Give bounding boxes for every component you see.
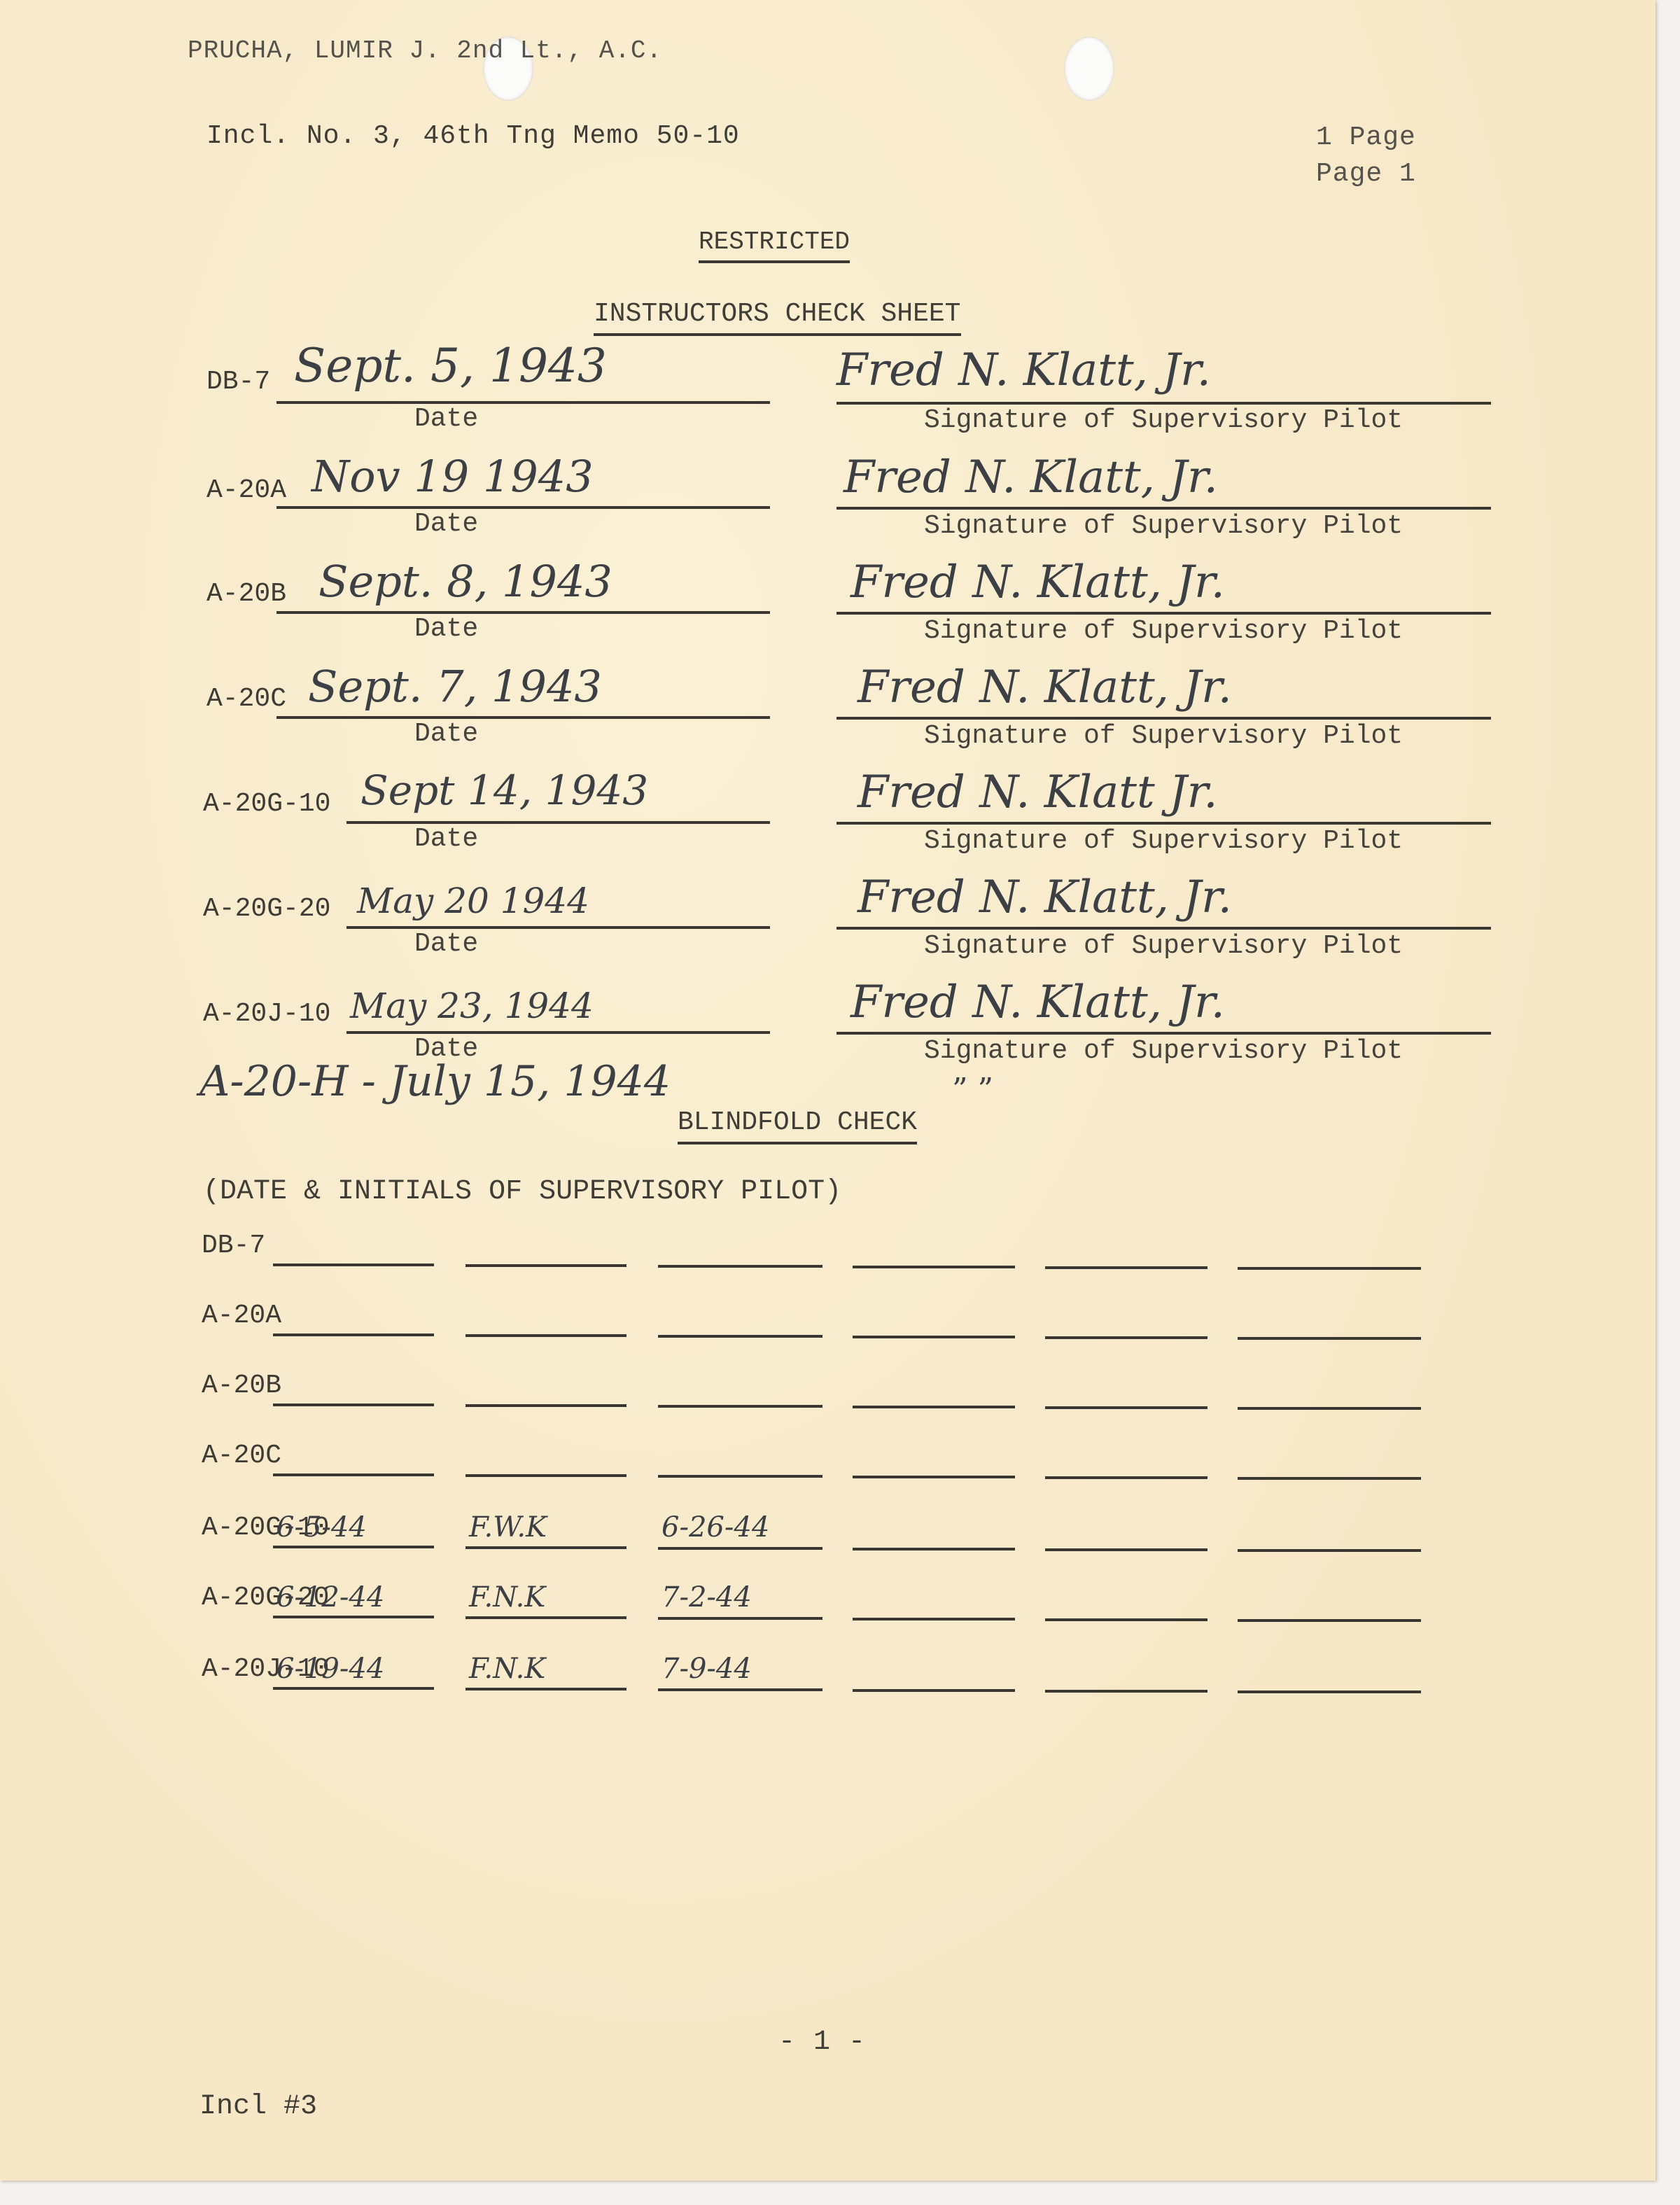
blindfold-title: BLINDFOLD CHECK (678, 1109, 917, 1144)
blank-entry-line (1238, 1477, 1421, 1480)
blank-entry-line (658, 1405, 822, 1408)
blindfold-entry: F.N.K (469, 1583, 545, 1611)
date-caption: Date (414, 511, 478, 538)
blank-entry-line (273, 1546, 434, 1548)
blank-entry-line (658, 1688, 822, 1691)
blank-entry-line (465, 1688, 626, 1690)
handwritten-date: Sept. 5, 1943 (294, 343, 607, 389)
date-caption: Date (414, 931, 478, 958)
date-line (276, 506, 770, 509)
date-caption: Date (414, 826, 478, 853)
blindfold-entry: F.N.K (469, 1655, 545, 1683)
date-caption: Date (414, 406, 478, 433)
blank-entry-line (273, 1263, 434, 1266)
blank-entry-line (853, 1548, 1015, 1550)
date-line (346, 926, 770, 929)
page-label: Page 1 (1316, 161, 1416, 188)
blank-entry-line (853, 1476, 1015, 1478)
enclosure-label: Incl #3 (199, 2093, 317, 2121)
signature: Fred N. Klatt Jr. (857, 770, 1218, 815)
signature-line (836, 612, 1491, 615)
blank-entry-line (1238, 1267, 1421, 1270)
blank-entry-line (465, 1264, 626, 1267)
signature-line (836, 402, 1491, 405)
page-number: - 1 - (778, 2029, 866, 2057)
aircraft-label: DB-7 (202, 1233, 265, 1259)
aircraft-label: A-20C (202, 1443, 281, 1469)
date-line (276, 716, 770, 719)
aircraft-label: A-20A (206, 477, 286, 504)
blank-entry-line (853, 1406, 1015, 1408)
signature-caption: Signature of Supervisory Pilot (924, 513, 1403, 540)
blank-entry-line (658, 1335, 822, 1338)
blank-entry-line (273, 1333, 434, 1336)
blank-entry-line (853, 1336, 1015, 1338)
blank-entry-line (853, 1689, 1015, 1692)
signature-caption: Signature of Supervisory Pilot (924, 407, 1403, 434)
blank-entry-line (465, 1616, 626, 1619)
signature-caption: Signature of Supervisory Pilot (924, 723, 1403, 750)
signature-caption: Signature of Supervisory Pilot (924, 618, 1403, 645)
page-count: 1 Page (1316, 125, 1416, 151)
blindfold-entry: 6-12-44 (276, 1583, 384, 1611)
aircraft-label: A-20C (206, 686, 286, 713)
handwritten-addendum: A-20-H - July 15, 1944 (199, 1060, 671, 1102)
aircraft-label: DB-7 (206, 369, 270, 395)
blank-entry-line (1045, 1690, 1207, 1693)
handwritten-date: May 20 1944 (357, 883, 589, 918)
blank-entry-line (1045, 1406, 1207, 1409)
blank-entry-line (1238, 1337, 1421, 1340)
blank-entry-line (1045, 1476, 1207, 1479)
blank-entry-line (853, 1266, 1015, 1268)
signature-line (836, 1032, 1491, 1035)
blank-entry-line (1238, 1407, 1421, 1410)
handwritten-date: May 23, 1944 (350, 988, 594, 1023)
blindfold-entry: 6-19-44 (276, 1655, 384, 1683)
blank-entry-line (658, 1547, 822, 1550)
paper-sheet: PRUCHA, LUMIR J. 2nd Lt., A.C. Incl. No.… (0, 0, 1655, 2180)
blank-entry-line (1045, 1618, 1207, 1621)
aircraft-label: A-20B (206, 581, 286, 608)
blank-entry-line (273, 1403, 434, 1406)
handwritten-date: Nov 19 1943 (311, 455, 594, 498)
handwritten-date: Sept. 7, 1943 (308, 665, 602, 708)
signature: Fred N. Klatt, Jr. (850, 980, 1225, 1025)
blank-entry-line (1238, 1549, 1421, 1552)
blank-entry-line (273, 1616, 434, 1618)
signature-caption: Signature of Supervisory Pilot (924, 828, 1403, 855)
blank-entry-line (658, 1617, 822, 1620)
blank-entry-line (1045, 1266, 1207, 1269)
date-caption: Date (414, 721, 478, 748)
aircraft-label: A-20G-20 (203, 896, 330, 923)
aircraft-label: A-20A (202, 1303, 281, 1329)
blindfold-entry: F.W.K (469, 1513, 547, 1541)
signature-caption: Signature of Supervisory Pilot (924, 933, 1403, 960)
memo-line: Incl. No. 3, 46th Tng Memo 50-10 (206, 123, 740, 150)
blank-entry-line (273, 1687, 434, 1690)
blank-entry-line (1238, 1619, 1421, 1622)
blank-entry-line (465, 1404, 626, 1407)
handwritten-date: Sept 14, 1943 (360, 770, 648, 811)
date-line (276, 611, 770, 614)
blank-entry-line (465, 1546, 626, 1549)
signature-line (836, 717, 1491, 720)
blank-entry-line (658, 1265, 822, 1268)
blank-entry-line (658, 1475, 822, 1478)
page-title: INSTRUCTORS CHECK SHEET (594, 301, 961, 336)
date-caption: Date (414, 616, 478, 643)
blank-entry-line (1238, 1690, 1421, 1693)
signature-line (836, 927, 1491, 930)
aircraft-label: A-20G-10 (203, 791, 330, 818)
blank-entry-line (465, 1474, 626, 1477)
aircraft-label: A-20J-10 (203, 1001, 330, 1028)
date-line (346, 821, 770, 824)
signature: Fred N. Klatt, Jr. (857, 665, 1232, 710)
signature-line (836, 507, 1491, 510)
signature: Fred N. Klatt, Jr. (836, 348, 1211, 393)
blindfold-entry: 7-9-44 (661, 1655, 752, 1683)
ditto-marks: ” ” (952, 1074, 993, 1105)
blindfold-entry: 6-26-44 (661, 1513, 769, 1541)
signature: Fred N. Klatt, Jr. (857, 875, 1232, 920)
blindfold-entry: 7-2-44 (661, 1583, 752, 1611)
blank-entry-line (1045, 1336, 1207, 1339)
signature-line (836, 822, 1491, 825)
name-line: PRUCHA, LUMIR J. 2nd Lt., A.C. (188, 38, 662, 64)
signature: Fred N. Klatt, Jr. (850, 560, 1225, 605)
blank-entry-line (465, 1334, 626, 1337)
blank-entry-line (1045, 1548, 1207, 1551)
handwritten-date: Sept. 8, 1943 (318, 560, 612, 603)
signature: Fred N. Klatt, Jr. (843, 455, 1218, 500)
blank-entry-line (853, 1618, 1015, 1620)
classification-marking: RESTRICTED (699, 230, 850, 263)
aircraft-label: A-20B (202, 1373, 281, 1399)
signature-caption: Signature of Supervisory Pilot (924, 1038, 1403, 1065)
date-line (346, 1031, 770, 1034)
punch-hole-right (1064, 36, 1114, 101)
blindfold-entry: 6-5-44 (276, 1513, 367, 1541)
blank-entry-line (273, 1473, 434, 1476)
blindfold-subtitle: (DATE & INITIALS OF SUPERVISORY PILOT) (203, 1178, 841, 1206)
date-line (276, 401, 770, 404)
